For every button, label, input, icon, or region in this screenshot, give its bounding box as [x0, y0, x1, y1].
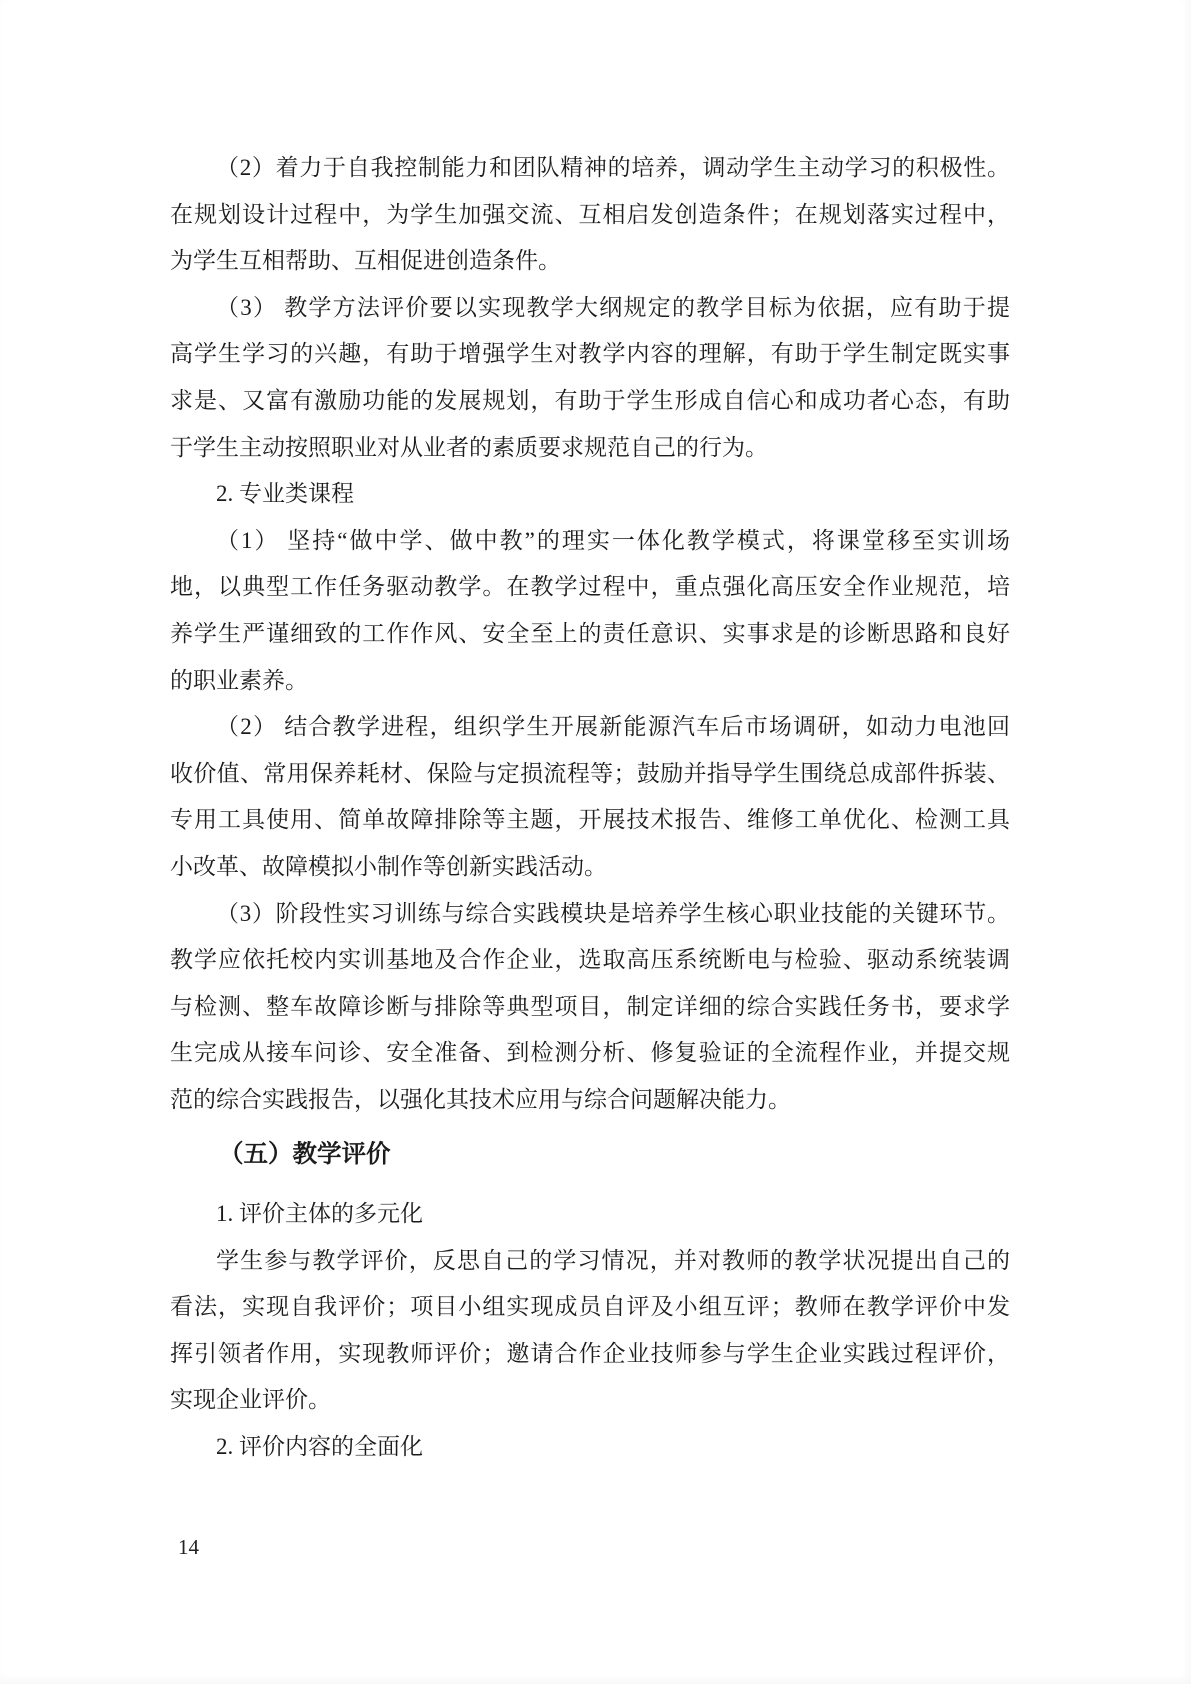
- text-line: 小改革、故障模拟小制作等创新实践活动。: [170, 844, 1010, 891]
- text-line: 高学生学习的兴趣，有助于增强学生对教学内容的理解，有助于学生制定既实事: [170, 331, 1010, 378]
- text-line: 在规划设计过程中，为学生加强交流、互相启发创造条件；在规划落实过程中，: [170, 192, 1010, 239]
- section-heading: （五）教学评价: [170, 1132, 1010, 1179]
- text-block: （3） 教学方法评价要以实现教学大纲规定的教学目标为依据，应有助于提高学生学习的…: [170, 285, 1010, 471]
- text-block: （2）着力于自我控制能力和团队精神的培养，调动学生主动学习的积极性。在规划设计过…: [170, 145, 1010, 285]
- text-line: 2. 评价内容的全面化: [170, 1424, 1010, 1471]
- text-line: 收价值、常用保养耗材、保险与定损流程等；鼓励并指导学生围绕总成部件拆装、: [170, 751, 1010, 798]
- text-line: （2）着力于自我控制能力和团队精神的培养，调动学生主动学习的积极性。: [170, 145, 1010, 192]
- text-line: 范的综合实践报告，以强化其技术应用与综合问题解决能力。: [170, 1077, 1010, 1124]
- text-block: （1） 坚持“做中学、做中教”的理实一体化教学模式，将课堂移至实训场地，以典型工…: [170, 518, 1010, 704]
- text-line: （3） 教学方法评价要以实现教学大纲规定的教学目标为依据，应有助于提: [170, 285, 1010, 332]
- document-page: （2）着力于自我控制能力和团队精神的培养，调动学生主动学习的积极性。在规划设计过…: [0, 0, 1191, 1684]
- text-block: 学生参与教学评价，反思自己的学习情况，并对教师的教学状况提出自己的看法，实现自我…: [170, 1238, 1010, 1424]
- text-line: 实现企业评价。: [170, 1377, 1010, 1424]
- text-line: （2） 结合教学进程，组织学生开展新能源汽车后市场调研，如动力电池回: [170, 704, 1010, 751]
- text-line: 为学生互相帮助、互相促进创造条件。: [170, 238, 1010, 285]
- text-block: 2. 评价内容的全面化: [170, 1424, 1010, 1471]
- page-number: 14: [178, 1533, 199, 1561]
- text-line: （3）阶段性实习训练与综合实践模块是培养学生核心职业技能的关键环节。: [170, 891, 1010, 938]
- text-block: （3）阶段性实习训练与综合实践模块是培养学生核心职业技能的关键环节。教学应依托校…: [170, 891, 1010, 1124]
- text-line: （五）教学评价: [170, 1132, 1010, 1179]
- text-line: 看法，实现自我评价；项目小组实现成员自评及小组互评；教师在教学评价中发: [170, 1284, 1010, 1331]
- text-line: 2. 专业类课程: [170, 471, 1010, 518]
- text-line: （1） 坚持“做中学、做中教”的理实一体化教学模式，将课堂移至实训场: [170, 518, 1010, 565]
- document-body: （2）着力于自我控制能力和团队精神的培养，调动学生主动学习的积极性。在规划设计过…: [170, 145, 1010, 1471]
- text-line: 学生参与教学评价，反思自己的学习情况，并对教师的教学状况提出自己的: [170, 1238, 1010, 1285]
- text-line: 教学应依托校内实训基地及合作企业，选取高压系统断电与检验、驱动系统装调: [170, 937, 1010, 984]
- text-line: 于学生主动按照职业对从业者的素质要求规范自己的行为。: [170, 425, 1010, 472]
- text-line: 1. 评价主体的多元化: [170, 1191, 1010, 1238]
- text-block: 2. 专业类课程: [170, 471, 1010, 518]
- text-line: 求是、又富有激励功能的发展规划，有助于学生形成自信心和成功者心态，有助: [170, 378, 1010, 425]
- text-line: 专用工具使用、简单故障排除等主题，开展技术报告、维修工单优化、检测工具: [170, 797, 1010, 844]
- text-line: 生完成从接车问诊、安全准备、到检测分析、修复验证的全流程作业，并提交规: [170, 1030, 1010, 1077]
- text-line: 与检测、整车故障诊断与排除等典型项目，制定详细的综合实践任务书，要求学: [170, 984, 1010, 1031]
- text-block: （2） 结合教学进程，组织学生开展新能源汽车后市场调研，如动力电池回收价值、常用…: [170, 704, 1010, 890]
- text-block: 1. 评价主体的多元化: [170, 1191, 1010, 1238]
- text-line: 的职业素养。: [170, 658, 1010, 705]
- text-line: 地，以典型工作任务驱动教学。在教学过程中，重点强化高压安全作业规范，培: [170, 564, 1010, 611]
- text-line: 养学生严谨细致的工作作风、安全至上的责任意识、实事求是的诊断思路和良好: [170, 611, 1010, 658]
- text-line: 挥引领者作用，实现教师评价；邀请合作企业技师参与学生企业实践过程评价，: [170, 1331, 1010, 1378]
